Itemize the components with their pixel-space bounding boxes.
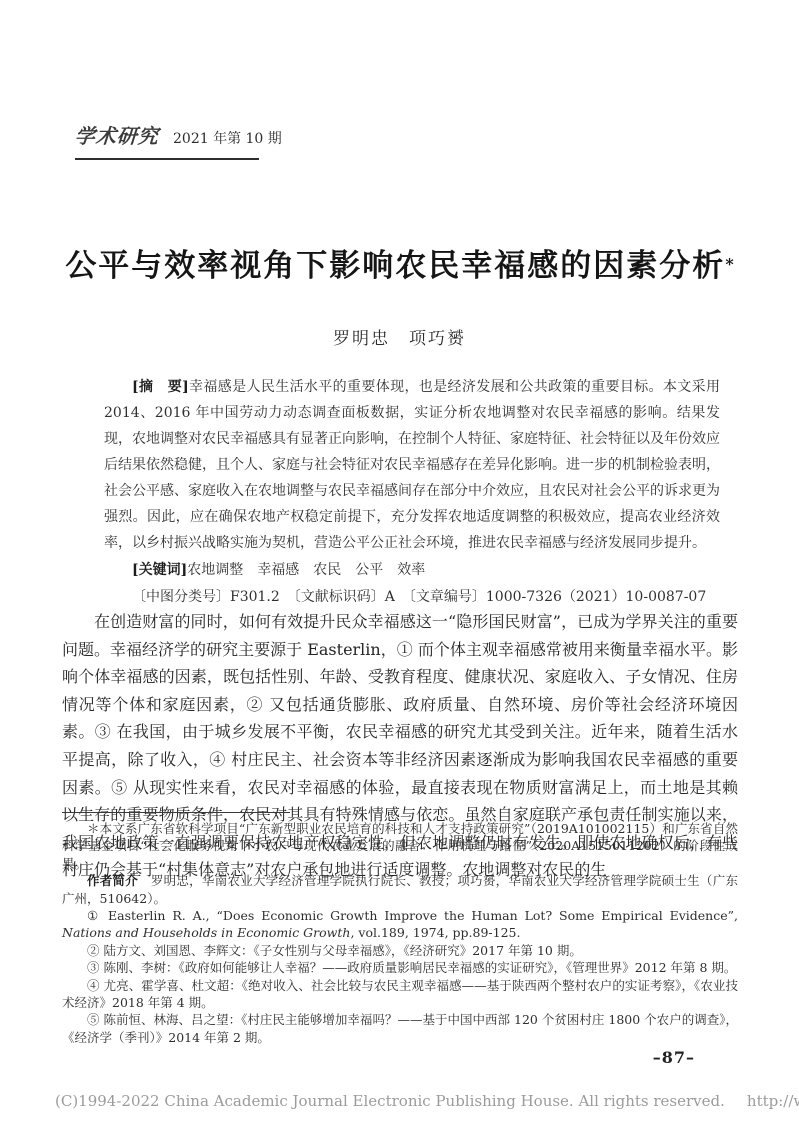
abstract-text: 幸福感是人民生活水平的重要体现，也是经济发展和公共政策的重要目标。本文采用 20…: [104, 379, 720, 551]
classification-line: 〔中图分类号〕F301.2 〔文献标识码〕A 〔文章编号〕1000-7326（2…: [104, 584, 720, 610]
ref1-suffix: , vol.189, 1974, pp.89-125.: [350, 925, 520, 940]
author-bio-text: 罗明忠，华南农业大学经济管理学院执行院长、教授；项巧赟，华南农业大学经济管理学院…: [62, 873, 738, 905]
journal-logo: 学术研究: [74, 120, 160, 149]
abstract-label: [摘 要]: [132, 379, 189, 395]
page-number: –87–: [653, 1048, 695, 1067]
abstract-block: [摘 要]幸福感是人民生活水平的重要体现，也是经济发展和公共政策的重要目标。本文…: [104, 374, 720, 610]
issue-label: 2021 年第 10 期: [173, 128, 282, 148]
footnote-ref-1: ① Easterlin R. A., “Does Economic Growth…: [62, 907, 738, 942]
footnote-ref-5: ⑤ 陈前恒、林海、吕之望：《村庄民主能够增加幸福吗？——基于中国中西部 120 …: [62, 1011, 738, 1046]
copyright-text: (C)1994-2022 China Academic Journal Elec…: [55, 1092, 725, 1110]
keywords-label: [关键词]: [132, 562, 187, 578]
footnote-ref-3: ③ 陈刚、李树：《政府如何能够让人幸福？——政府质量影响居民幸福感的实证研究》，…: [62, 959, 738, 976]
article-title: 公平与效率视角下影响农民幸福感的因素分析: [65, 248, 725, 284]
keywords-text: 农地调整 幸福感 农民 公平 效率: [187, 562, 425, 578]
footnote-block: ＊本文系广东省软科学项目“广东新型职业农民培育的科技和人才支持政策研究”（201…: [62, 812, 738, 1046]
footnote-author-bio: 作者简介 罗明忠，华南农业大学经济管理学院执行院长、教授；项巧赟，华南农业大学经…: [62, 872, 738, 907]
footnote-ref-4: ④ 尤亮、霍学喜、杜文超：《绝对收入、社会比较与农民主观幸福感——基于陕西两个整…: [62, 977, 738, 1012]
footnote-divider: [62, 812, 290, 813]
abstract-paragraph: [摘 要]幸福感是人民生活水平的重要体现，也是经济发展和公共政策的重要目标。本文…: [104, 374, 720, 556]
journal-page: 学术研究 2021 年第 10 期 公平与效率视角下影响农民幸福感的因素分析* …: [0, 0, 799, 1131]
ref1-book-title: Nations and Households in Economic Growt…: [62, 925, 350, 940]
keywords-line: [关键词]农地调整 幸福感 农民 公平 效率: [104, 557, 720, 583]
footnote-fund: ＊本文系广东省软科学项目“广东新型职业农民培育的科技和人才支持政策研究”（201…: [62, 820, 738, 872]
title-footnote-marker: *: [725, 255, 733, 274]
authors-line: 罗明忠 项巧赟: [0, 324, 799, 349]
footer-bar: (C)1994-2022 China Academic Journal Elec…: [0, 1092, 799, 1110]
cnki-url: http://www.cnki.net: [747, 1092, 799, 1110]
journal-header: 学术研究 2021 年第 10 期: [75, 120, 259, 160]
author-bio-label: 作者简介: [87, 873, 138, 888]
ref1-text: ① Easterlin R. A., “Does Economic Growth…: [87, 908, 738, 923]
footnote-ref-2: ② 陆方文、刘国恩、李辉文：《子女性别与父母幸福感》，《经济研究》2017 年第…: [62, 942, 738, 959]
article-title-row: 公平与效率视角下影响农民幸福感的因素分析*: [0, 240, 799, 285]
